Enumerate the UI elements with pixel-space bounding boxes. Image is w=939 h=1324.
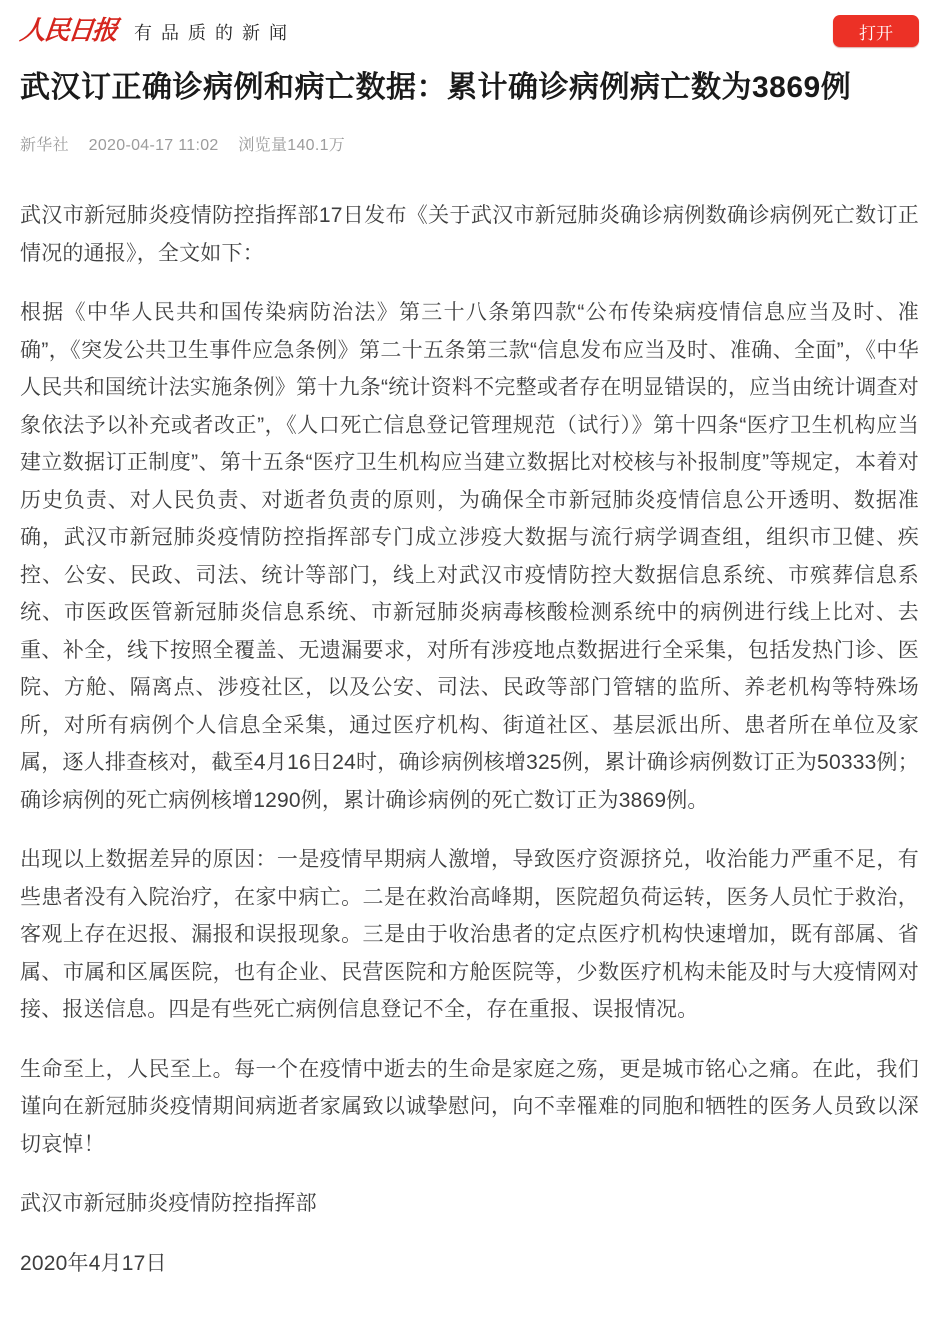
open-app-button[interactable]: 打开 [833,15,919,47]
article-title: 武汉订正确诊病例和病亡数据：累计确诊病例病亡数为3869例 [20,68,919,108]
view-count: 浏览量140.1万 [238,137,345,154]
date-line: 2020年4月17日 [20,1245,919,1283]
article-byline: 新华社 2020-04-17 11:02 浏览量140.1万 [20,132,919,155]
article-page: 人民日报 有品质的新闻 打开 武汉订正确诊病例和病亡数据：累计确诊病例病亡数为3… [0,0,939,1324]
peoples-daily-logo[interactable]: 人民日报 [19,18,118,44]
publish-timestamp: 2020-04-17 11:02 [89,137,219,154]
article-body: 武汉市新冠肺炎疫情防控指挥部17日发布《关于武汉市新冠肺炎确诊病例数确诊病例死亡… [20,197,919,1282]
brand-tagline: 有品质的新闻 [134,20,296,42]
paragraph-notice: 根据《中华人民共和国传染病防治法》第三十八条第四款“公布传染病疫情信息应当及时、… [20,294,919,819]
paragraph-intro: 武汉市新冠肺炎疫情防控指挥部17日发布《关于武汉市新冠肺炎确诊病例数确诊病例死亡… [20,197,919,272]
source-label: 新华社 [20,137,69,154]
paragraph-condolence: 生命至上，人民至上。每一个在疫情中逝去的生命是家庭之殇，更是城市铭心之痛。在此，… [20,1051,919,1164]
signature-line: 武汉市新冠肺炎疫情防控指挥部 [20,1185,919,1223]
app-banner: 人民日报 有品质的新闻 打开 [20,13,919,49]
paragraph-reasons: 出现以上数据差异的原因：一是疫情早期病人激增，导致医疗资源挤兑，收治能力严重不足… [20,841,919,1029]
brand-area: 人民日报 有品质的新闻 [20,18,296,44]
